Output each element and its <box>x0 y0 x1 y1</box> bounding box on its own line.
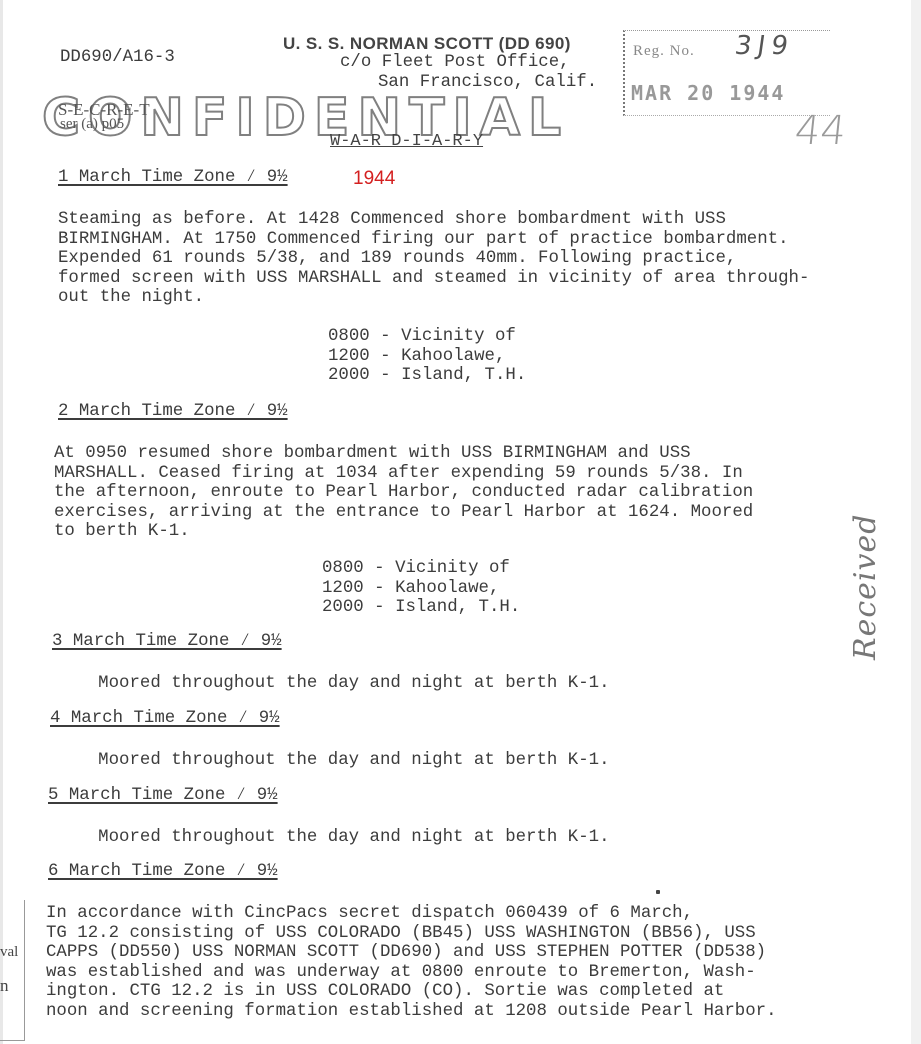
body-line: MARSHALL. Ceased firing at 1034 after ex… <box>54 464 753 484</box>
page-right-edge <box>911 0 921 1044</box>
body-line: In accordance with CincPacs secret dispa… <box>46 904 777 924</box>
handwritten-page-number: 44 <box>793 108 849 154</box>
war-diary-title: W-A-R D-I-A-R-Y <box>330 132 483 151</box>
address-line-1: c/o Fleet Post Office, <box>340 53 570 73</box>
entry-heading-1-march: 1 March Time Zone ⁄ 9½ <box>58 168 288 188</box>
body-line: was established and was underway at 0800… <box>46 963 777 983</box>
received-date: MAR 20 1944 <box>631 81 785 105</box>
body-line: ington. CTG 12.2 is in USS COLORADO (CO)… <box>46 982 777 1002</box>
body-line: BIRMINGHAM. At 1750 Commenced firing our… <box>58 230 809 250</box>
body-line: to berth K-1. <box>54 522 753 542</box>
underlying-page-edge <box>0 900 25 1041</box>
entry-heading-6-march: 6 March Time Zone ⁄ 9½ <box>48 862 278 882</box>
registry-number: 3J9 <box>733 31 796 61</box>
file-reference: DD690/A16-3 <box>60 48 175 68</box>
entry-heading-5-march: 5 March Time Zone ⁄ 9½ <box>48 786 278 806</box>
body-line: out the night. <box>58 288 809 308</box>
body-line: Steaming as before. At 1428 Commenced sh… <box>58 210 809 230</box>
body-line: CAPPS (DD550) USS NORMAN SCOTT (DD690) a… <box>46 943 777 963</box>
page-left-edge <box>0 0 3 1044</box>
entry-heading-3-march: 3 March Time Zone ⁄ 9½ <box>52 632 282 652</box>
entry-body-3-march: Moored throughout the day and night at b… <box>46 674 610 694</box>
schedule-row: 2000 - Island, T.H. <box>322 598 520 618</box>
schedule-row: 0800 - Vicinity of <box>328 327 526 347</box>
body-line: TG 12.2 consisting of USS COLORADO (BB45… <box>46 924 777 944</box>
body-line: Expended 61 rounds 5/38, and 189 rounds … <box>58 249 809 269</box>
entry-heading-2-march: 2 March Time Zone ⁄ 9½ <box>58 402 288 422</box>
entry-body-1-march: Steaming as before. At 1428 Commenced sh… <box>58 210 809 308</box>
registry-label: Reg. No. <box>633 43 695 60</box>
position-schedule-2-march: 0800 - Vicinity of 1200 - Kahoolawe, 200… <box>322 559 520 618</box>
ink-speck <box>656 890 660 894</box>
margin-fragment: val <box>0 944 18 961</box>
schedule-row: 0800 - Vicinity of <box>322 559 520 579</box>
serial-stamp: ser (a) p05 <box>60 116 124 133</box>
entry-body-5-march: Moored throughout the day and night at b… <box>46 828 610 848</box>
document-page: DD690/A16-3 U. S. S. NORMAN SCOTT (DD 69… <box>0 0 921 1044</box>
body-line: the afternoon, enroute to Pearl Harbor, … <box>54 483 753 503</box>
position-schedule-1-march: 0800 - Vicinity of 1200 - Kahoolawe, 200… <box>328 327 526 386</box>
schedule-row: 1200 - Kahoolawe, <box>328 347 526 367</box>
entry-heading-4-march: 4 March Time Zone ⁄ 9½ <box>50 709 280 729</box>
schedule-row: 1200 - Kahoolawe, <box>322 579 520 599</box>
entry-body-2-march: At 0950 resumed shore bombardment with U… <box>54 444 753 542</box>
schedule-row: 2000 - Island, T.H. <box>328 366 526 386</box>
handwritten-signature: Received <box>848 514 883 660</box>
entry-body-6-march: In accordance with CincPacs secret dispa… <box>46 904 777 1022</box>
body-line: noon and screening formation established… <box>46 1002 777 1022</box>
body-line: exercises, arriving at the entrance to P… <box>54 503 753 523</box>
ship-name: U. S. S. NORMAN SCOTT (DD 690) <box>283 34 571 54</box>
margin-fragment: n <box>0 976 9 996</box>
year-annotation: 1944 <box>353 168 395 190</box>
body-line: formed screen with USS MARSHALL and stea… <box>58 269 809 289</box>
entry-body-4-march: Moored throughout the day and night at b… <box>46 751 610 771</box>
body-line: At 0950 resumed shore bombardment with U… <box>54 444 753 464</box>
registry-stamp: Reg. No. 3J9 MAR 20 1944 <box>623 30 830 116</box>
